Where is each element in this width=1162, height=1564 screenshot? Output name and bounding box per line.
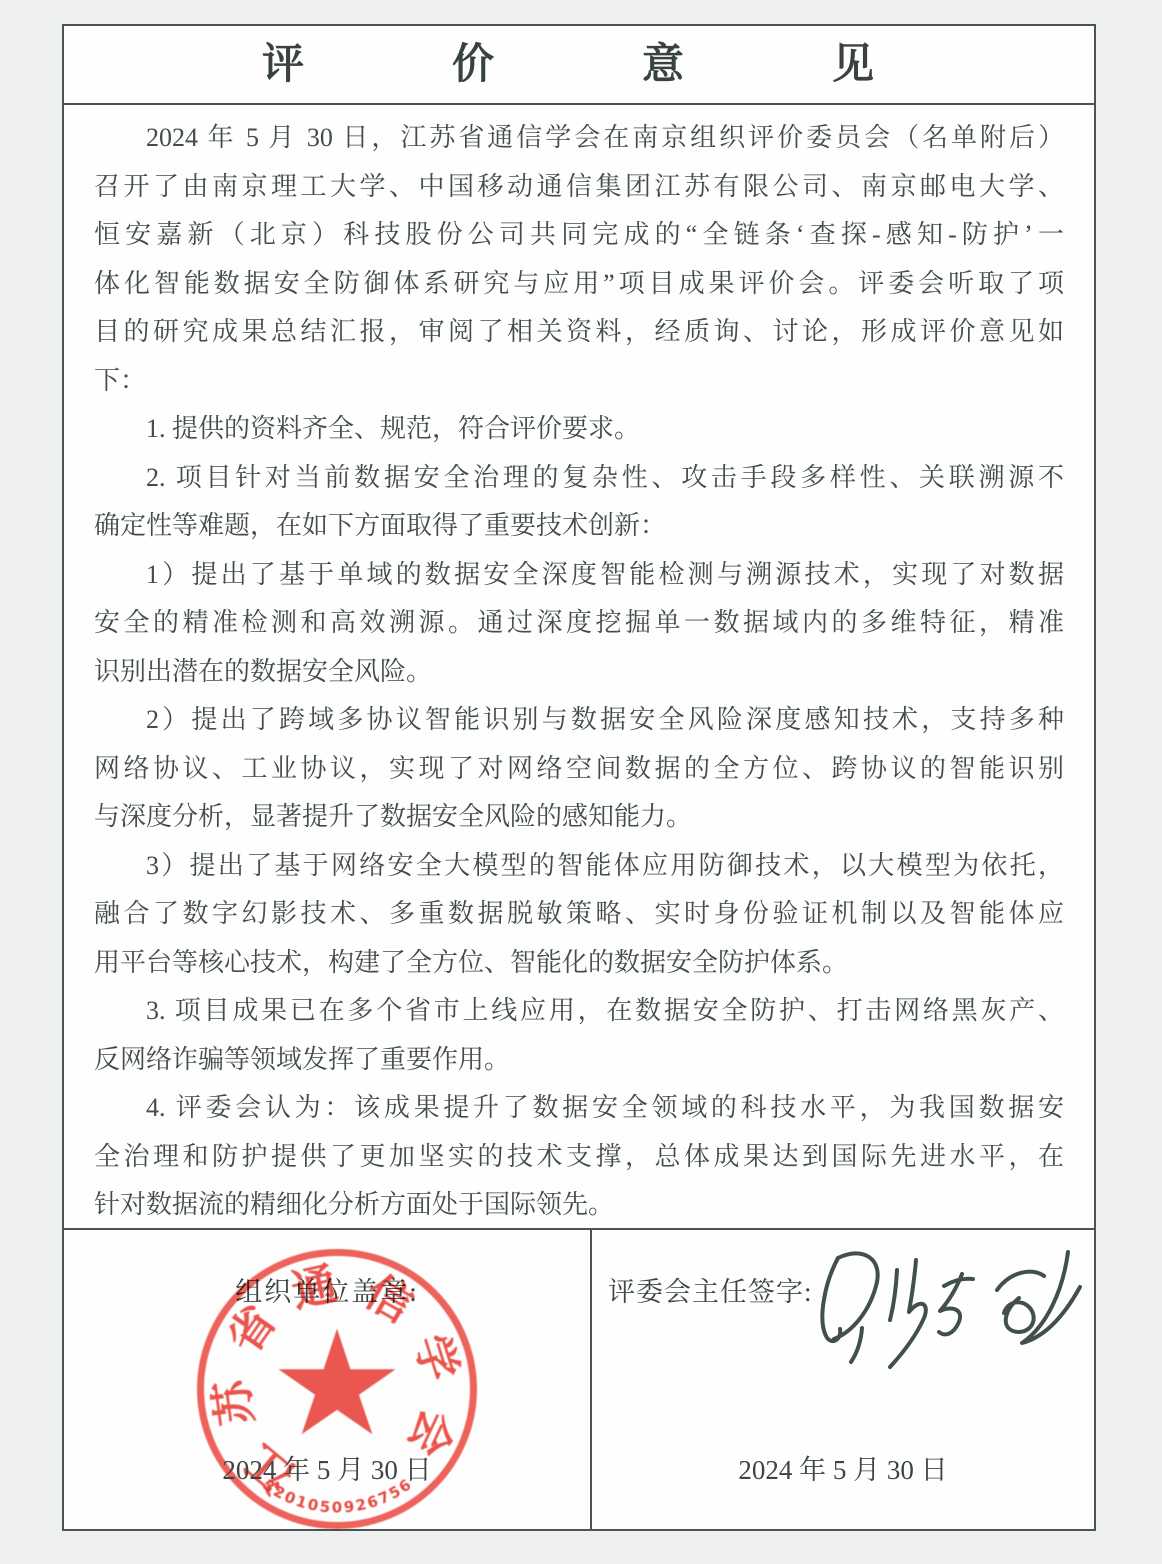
body-line: 召开了由南京理工大学、中国移动通信集团江苏有限公司、南京邮电大学、: [94, 163, 1064, 212]
body-line: 反网络诈骗等领域发挥了重要作用。: [94, 1036, 1064, 1085]
body-line: 目的研究成果总结汇报，审阅了相关资料，经质询、讨论，形成评价意见如: [94, 308, 1064, 357]
seal-ring-char: 信: [358, 1269, 419, 1330]
evaluation-document: 评价意见 2024 年 5 月 30 日，江苏省通信学会在南京组织评价委员会（名…: [62, 24, 1096, 1531]
body-line: 1. 提供的资料齐全、规范，符合评价要求。: [94, 405, 1064, 454]
body-line: 与深度分析，显著提升了数据安全风险的感知能力。: [94, 793, 1064, 842]
document-body: 2024 年 5 月 30 日，江苏省通信学会在南京组织评价委员会（名单附后）召…: [64, 105, 1094, 1230]
signature-stroke: [890, 1270, 897, 1320]
page: { "document": { "title_chars": ["评", "价"…: [0, 0, 1162, 1564]
right-date: 2024 年 5 月 30 日: [592, 1448, 1094, 1487]
body-line: 融合了数字幻影技术、多重数据脱敏策略、实时身份验证机制以及智能体应: [94, 890, 1064, 939]
document-title-row: 评价意见: [64, 26, 1094, 105]
seal-code-digit: 0: [306, 1497, 319, 1514]
seal-star-icon: [276, 1329, 398, 1445]
seal-ring-char: 学: [407, 1330, 463, 1386]
footer-right-cell: 评委会主任签字: 2024 年 5 月 30 日: [592, 1230, 1094, 1529]
signature-stroke: [1004, 1298, 1034, 1332]
body-line: 3. 项目成果已在多个省市上线应用，在数据安全防护、打击网络黑灰产、: [94, 987, 1064, 1036]
body-line: 全治理和防护提供了更加坚实的技术支撑，总体成果达到国际先进水平，在: [94, 1133, 1064, 1182]
body-line: 识别出潜在的数据安全风险。: [94, 648, 1064, 697]
seal-code-digit: 5: [319, 1499, 331, 1515]
body-line: 2024 年 5 月 30 日，江苏省通信学会在南京组织评价委员会（名单附后）: [94, 114, 1064, 163]
signature-stroke: [851, 1328, 862, 1362]
left-date: 2024 年 5 月 30 日: [64, 1448, 590, 1487]
body-line: 2. 项目针对当前数据安全治理的复杂性、攻击手段多样性、关联溯源不: [94, 454, 1064, 503]
title-char: 评: [262, 44, 304, 86]
body-line: 网络协议、工业协议，实现了对网络空间数据的全方位、跨协议的智能识别: [94, 745, 1064, 794]
body-line: 恒安嘉新（北京）科技股份公司共同完成的“全链条‘查探-感知-防护’一: [94, 211, 1064, 260]
title-char: 见: [832, 44, 874, 86]
body-line: 安全的精准检测和高效溯源。通过深度挖掘单一数据域内的多维特征，精准: [94, 599, 1064, 648]
seal-ring-char: 苏: [210, 1377, 260, 1428]
body-line: 确定性等难题，在如下方面取得了重要技术创新：: [94, 502, 1064, 551]
body-line: 下：: [94, 357, 1064, 406]
document-title: 评价意见: [262, 44, 874, 86]
body-line: 4. 评委会认为：该成果提升了数据安全领域的科技水平，为我国数据安: [94, 1084, 1064, 1133]
title-char: 价: [452, 44, 494, 86]
title-char: 意: [642, 44, 684, 86]
seal-code-digit: 9: [343, 1499, 355, 1515]
body-line: 用平台等核心技术，构建了全方位、智能化的数据安全防护体系。: [94, 939, 1064, 988]
seal-ring-char: 省: [221, 1299, 284, 1362]
body-line: 2）提出了跨域多协议智能识别与数据安全风险深度感知技术，支持多种: [94, 696, 1064, 745]
body-line: 针对数据流的精细化分析方面处于国际领先。: [94, 1181, 1064, 1230]
org-seal: 江苏省通信学会 3201050926756: [197, 1249, 477, 1529]
chairman-signature-label: 评委会主任签字:: [608, 1270, 813, 1309]
seal-code-digit: 0: [332, 1501, 342, 1516]
body-line: 1）提出了基于单域的数据安全深度智能检测与溯源技术，实现了对数据: [94, 551, 1064, 600]
body-line: 3）提出了基于网络安全大模型的智能体应用防御技术，以大模型为依托，: [94, 842, 1064, 891]
body-line: 体化智能数据安全防御体系研究与应用”项目成果评价会。评委会听取了项: [94, 260, 1064, 309]
signature-stroke: [997, 1272, 1044, 1290]
footer-left-cell: 组织单位盖章: 江苏省通信学会 3201050926756 2024 年 5 月…: [64, 1230, 592, 1529]
signature-stroke: [834, 1253, 878, 1339]
footer: 组织单位盖章: 江苏省通信学会 3201050926756 2024 年 5 月…: [64, 1228, 1094, 1529]
seal-ring-char: 通: [288, 1262, 342, 1316]
chairman-signature: [804, 1240, 1084, 1370]
signature-stroke: [822, 1258, 840, 1341]
